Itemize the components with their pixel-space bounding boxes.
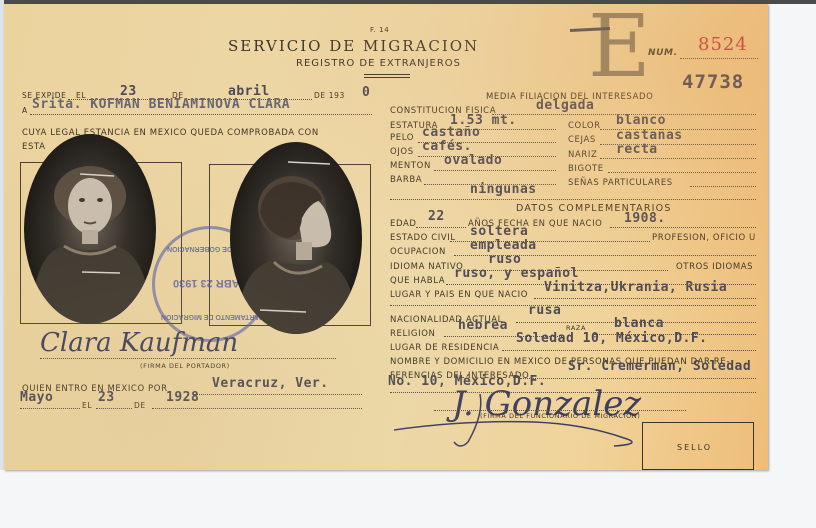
otros-idiomas-label: OTROS IDIOMAS (676, 262, 753, 272)
pelo-value: castaño (422, 125, 480, 140)
raza-value: blanca (614, 316, 664, 331)
dots (194, 394, 362, 395)
bigote-label: BIGOTE (568, 164, 604, 174)
entry-year: 1928 (166, 390, 199, 405)
dots (434, 170, 556, 171)
a-label: A (22, 106, 28, 115)
sello-label: SELLO (677, 443, 712, 452)
fecha-nacio-value: 1908. (624, 211, 666, 226)
dots (608, 172, 756, 173)
edad-label: EDAD (390, 219, 417, 229)
dots (610, 227, 756, 228)
idioma-value: ruso (488, 252, 521, 267)
entry-day: 23 (98, 390, 115, 405)
entry-el-label: EL (82, 401, 92, 410)
num-dots (680, 58, 758, 59)
nariz-value: recta (616, 142, 658, 157)
dots (520, 378, 756, 379)
color-label: COLOR (568, 121, 601, 131)
lugar-nacio-label: LUGAR Y PAIS EN QUE NACIO (390, 290, 528, 300)
nariz-label: NARIZ (568, 150, 597, 160)
cejas-label: CEJAS (568, 135, 596, 145)
dots (690, 186, 756, 187)
series-letter: E (588, 4, 651, 90)
legal-text: CUYA LEGAL ESTANCIA EN MEXICO QUEDA COMP… (22, 128, 319, 138)
residencia-label: LUGAR DE RESIDENCIA (390, 343, 499, 353)
religion-label: RELIGION (390, 329, 435, 339)
issue-year-digit: 0 (362, 85, 370, 100)
edad-value: 22 (428, 209, 445, 224)
portrait-front (24, 134, 156, 324)
referencias-value-1: Sr. Cremerman, Soledad (568, 359, 751, 374)
constitucion-value: delgada (536, 98, 594, 113)
portrait-front-image (24, 134, 156, 324)
entry-port: Veracruz, Ver. (212, 376, 329, 391)
barba-label: BARBA (390, 175, 422, 185)
card-title: SERVICIO DE MIGRACION (228, 37, 479, 55)
dots (390, 305, 756, 306)
holder-name: Srita. KOFMAN BENIAMINOVA CLARA (32, 97, 290, 112)
dots (390, 199, 756, 200)
entry-de-label: DE (134, 401, 146, 410)
dots (96, 408, 132, 409)
holder-signature-caption: (FIRMA DEL PORTADOR) (140, 362, 230, 370)
esta-label: ESTA (22, 142, 46, 152)
estado-civil-label: ESTADO CIVIL (390, 233, 456, 243)
senas-value: ningunas (470, 182, 537, 197)
color-value: blanco (616, 113, 666, 128)
lugar-nacio-value: Vinitza,Ukrania, Rusia (544, 280, 727, 295)
dots (502, 350, 756, 351)
holder-signature: Clara Kaufman (40, 328, 238, 358)
stamped-number: 47738 (682, 71, 744, 93)
dots (600, 158, 756, 159)
estado-civil-value: soltera (470, 224, 528, 239)
dots (416, 227, 466, 228)
menton-label: MENTON (390, 161, 431, 171)
profesion-label: PROFESION, OFICIO U (652, 233, 756, 243)
signature-line (40, 358, 336, 359)
immigration-card: F. 14 SERVICIO DE MIGRACION REGISTRO DE … (4, 4, 768, 470)
ocupacion-label: OCUPACION (390, 247, 446, 257)
portrait-profile-image (230, 142, 362, 334)
card-number: 8524 (698, 34, 748, 55)
official-signature-line (434, 410, 686, 411)
form-code: F. 14 (370, 26, 389, 34)
religion-value: hebrea (458, 318, 508, 333)
idioma-label: IDIOMA NATIVO (390, 262, 463, 272)
dots (152, 408, 362, 409)
ocupacion-value: empleada (470, 238, 537, 253)
num-label: NUM. (648, 48, 678, 58)
dots (534, 298, 756, 299)
title-rule (364, 74, 410, 78)
portrait-profile (230, 142, 362, 334)
year-label: DE 193 (314, 91, 345, 100)
stamp-date: ABR 23 1930 (173, 277, 240, 289)
cejas-value: castañas (616, 128, 683, 143)
nacionalidad-value: rusa (528, 303, 561, 318)
dots (20, 408, 80, 409)
senas-label: SEÑAS PARTICULARES (568, 178, 673, 188)
habla-label: QUE HABLA (390, 276, 445, 286)
official-signature-caption: (FIRMA DEL FUNCIONARIO DE MIGRACION) (480, 412, 640, 420)
ojos-value: cafés. (422, 139, 472, 154)
entry-month: Mayo (20, 390, 53, 405)
ojos-label: OJOS (390, 147, 414, 157)
card-subtitle: REGISTRO DE EXTRANJEROS (296, 58, 461, 69)
dots (30, 114, 372, 115)
menton-value: ovalado (444, 153, 502, 168)
residencia-value: Soledad 10, México,D.F. (516, 331, 708, 346)
pelo-label: PELO (390, 133, 414, 143)
otros-idiomas-value: ruso, y español (454, 266, 579, 281)
sello-box: SELLO (642, 422, 754, 470)
